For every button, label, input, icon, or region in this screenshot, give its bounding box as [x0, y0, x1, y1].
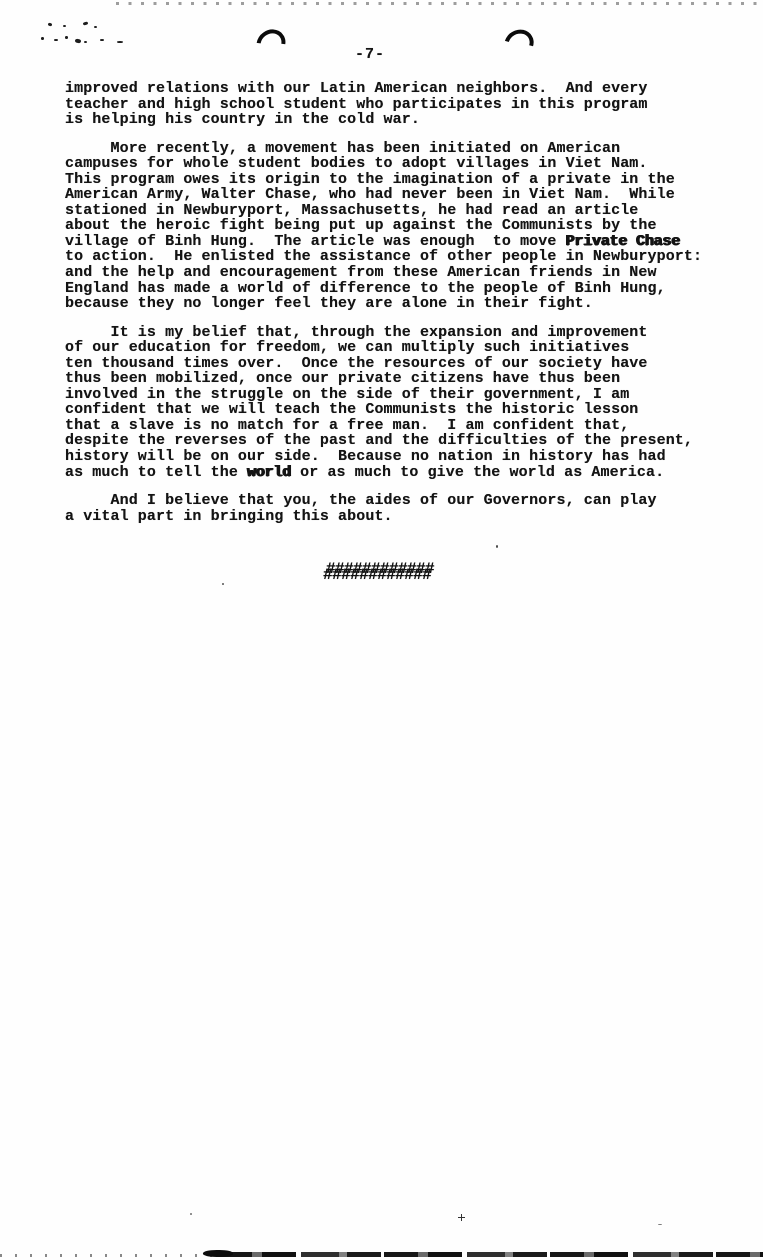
- ink-speck: [100, 39, 104, 41]
- text-line: of our education for freedom, we can mul…: [65, 340, 725, 356]
- scan-edge-bottom-sparse: [0, 1254, 220, 1257]
- scan-edge-dots-top: [116, 2, 763, 5]
- overstruck-text: Private Chase: [566, 233, 680, 250]
- text-line: involved in the struggle on the side of …: [65, 387, 725, 403]
- text-line: and the help and encouragement from thes…: [65, 265, 725, 281]
- ink-speck: [190, 1213, 192, 1215]
- paragraph: It is my belief that, through the expans…: [65, 325, 725, 480]
- scan-edge-bottom-blob: [203, 1250, 233, 1257]
- paragraphs: improved relations with our Latin Americ…: [65, 81, 725, 524]
- ink-speck: [63, 25, 66, 27]
- text-line: that a slave is no match for a free man.…: [65, 418, 725, 434]
- text-line: about the heroic fight being put up agai…: [65, 218, 725, 234]
- text-line: This program owes its origin to the imag…: [65, 172, 725, 188]
- text-line: England has made a world of difference t…: [65, 281, 725, 297]
- paragraph: And I believe that you, the aides of our…: [65, 493, 725, 524]
- ink-speck: [496, 545, 498, 548]
- registration-plus-mark: [458, 1214, 465, 1221]
- text-line: confident that we will teach the Communi…: [65, 402, 725, 418]
- text-line: as much to tell the world or as much to …: [65, 465, 725, 481]
- text-line: because they no longer feel they are alo…: [65, 296, 725, 312]
- text-line: campuses for whole student bodies to ado…: [65, 156, 725, 172]
- text-line: history will be on our side. Because no …: [65, 449, 725, 465]
- ink-speck: [41, 37, 44, 40]
- page-number: -7-: [355, 46, 385, 63]
- text-line: It is my belief that, through the expans…: [65, 325, 725, 341]
- ink-speck: [117, 41, 123, 43]
- end-mark-strike-2: ############: [323, 566, 431, 584]
- staple-mark-left: [251, 24, 291, 64]
- text-line: American Army, Walter Chase, who had nev…: [65, 187, 725, 203]
- scan-edge-bottom-band: [218, 1252, 763, 1257]
- text-line: improved relations with our Latin Americ…: [65, 81, 725, 97]
- text-line: And I believe that you, the aides of our…: [65, 493, 725, 509]
- ink-speck: [48, 22, 53, 26]
- text-line: ten thousand times over. Once the resour…: [65, 356, 725, 372]
- overstruck-text: world: [247, 464, 291, 481]
- text-line: a vital part in bringing this about.: [65, 509, 725, 525]
- paragraph: More recently, a movement has been initi…: [65, 141, 725, 312]
- text-line: village of Binh Hung. The article was en…: [65, 234, 725, 250]
- text-line: thus been mobilized, once our private ci…: [65, 371, 725, 387]
- ink-speck: [658, 1224, 662, 1225]
- text-line: More recently, a movement has been initi…: [65, 141, 725, 157]
- end-mark: ############ ############: [323, 560, 453, 590]
- ink-speck: [84, 41, 87, 43]
- text-line: despite the reverses of the past and the…: [65, 433, 725, 449]
- ink-speck: [65, 36, 68, 39]
- document-page: -7- improved relations with our Latin Am…: [0, 0, 763, 1260]
- staple-mark-right: [499, 24, 538, 62]
- paragraph: improved relations with our Latin Americ…: [65, 81, 725, 128]
- ink-speck: [222, 583, 224, 585]
- text-line: to action. He enlisted the assistance of…: [65, 249, 725, 265]
- text-line: teacher and high school student who part…: [65, 97, 725, 113]
- ink-speck: [75, 39, 82, 44]
- text-line: stationed in Newburyport, Massachusetts,…: [65, 203, 725, 219]
- ink-speck: [54, 39, 58, 41]
- ink-speck: [94, 26, 97, 28]
- ink-speck: [83, 21, 89, 25]
- text-line: is helping his country in the cold war.: [65, 112, 725, 128]
